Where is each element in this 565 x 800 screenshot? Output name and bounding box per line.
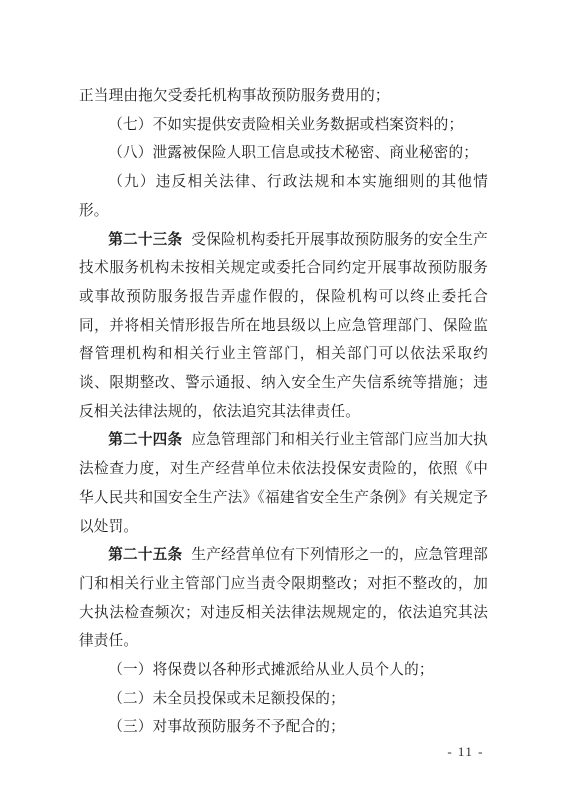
article-number: 第二十五条 <box>108 547 182 563</box>
list-item-paragraph: （九）违反相关法律、行政法规和本实施细则的其他情形。 <box>79 168 488 225</box>
paragraph-text: （一）将保费以各种形式摊派给从业人员个人的； <box>108 662 433 678</box>
continuation-paragraph: 正当理由拖欠受委托机构事故预防服务费用的； <box>79 82 488 111</box>
list-item-paragraph: （二）未全员投保或未足额投保的； <box>79 685 488 714</box>
page-number: - 11 - <box>447 743 484 761</box>
paragraph-text: （九）违反相关法律、行政法规和本实施细则的其他情形。 <box>79 174 488 219</box>
document-page: 正当理由拖欠受委托机构事故预防服务费用的；（七）不如实提供安责险相关业务数据或档… <box>0 0 565 800</box>
paragraph-text: （三）对事故预防服务不予配合的； <box>108 719 345 735</box>
paragraph-text: 正当理由拖欠受委托机构事故预防服务费用的； <box>79 88 390 104</box>
article-number: 第二十三条 <box>108 232 182 248</box>
article-number: 第二十四条 <box>108 432 182 448</box>
list-item-paragraph: （七）不如实提供安责险相关业务数据或档案资料的； <box>79 111 488 140</box>
list-item-paragraph: （三）对事故预防服务不予配合的； <box>79 713 488 742</box>
list-item-paragraph: （八）泄露被保险人职工信息或技术秘密、商业秘密的； <box>79 139 488 168</box>
article-paragraph: 第二十五条生产经营单位有下列情形之一的，应急管理部门和相关行业主管部门应当责令限… <box>79 541 488 656</box>
document-body: 正当理由拖欠受委托机构事故预防服务费用的；（七）不如实提供安责险相关业务数据或档… <box>79 82 488 742</box>
paragraph-text: （七）不如实提供安责险相关业务数据或档案资料的； <box>108 117 463 133</box>
article-paragraph: 第二十三条受保险机构委托开展事故预防服务的安全生产技术服务机构未按相关规定或委托… <box>79 226 488 427</box>
paragraph-text: （八）泄露被保险人职工信息或技术秘密、商业秘密的； <box>108 145 478 161</box>
paragraph-text: 受保险机构委托开展事故预防服务的安全生产技术服务机构未按相关规定或委托合同约定开… <box>79 232 488 420</box>
list-item-paragraph: （一）将保费以各种形式摊派给从业人员个人的； <box>79 656 488 685</box>
paragraph-text: （二）未全员投保或未足额投保的； <box>108 691 345 707</box>
article-paragraph: 第二十四条应急管理部门和相关行业主管部门应当加大执法检查力度，对生产经营单位未依… <box>79 426 488 541</box>
